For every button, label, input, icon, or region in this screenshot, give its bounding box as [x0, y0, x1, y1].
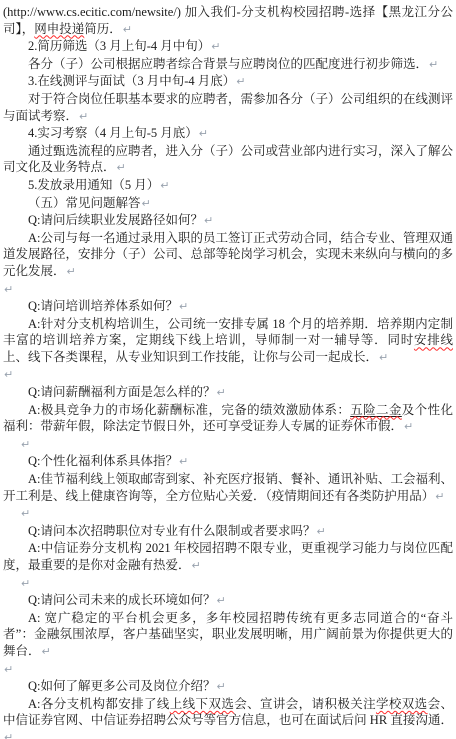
paragraph: A:公司与每一名通过录用入职的员工签订正式劳动合同，结合专业、管理双通道发展路径…	[3, 230, 453, 281]
text-run: 会、宣讲会，请积极关注	[234, 697, 376, 711]
paragraph: A:各分支机构都安排了线上线下双选会、宣讲会，请积极关注学校双选会、中信证券官网…	[3, 696, 453, 739]
paragraph-mark-icon: ↵	[21, 507, 30, 520]
paragraph: A:中信证券分支机构 2021 年校园招聘不限专业，更重视学习能力与岗位匹配度，…	[3, 540, 453, 574]
document-page: (http://www.cs.ecitic.com/newsite/) 加入我们…	[3, 4, 453, 739]
misspelled-text: 网申投递	[34, 22, 84, 36]
paragraph: （五）常见问题解答↵	[3, 195, 453, 213]
paragraph-mark-icon: ↵	[4, 731, 13, 739]
empty-paragraph: ↵	[3, 436, 453, 454]
paragraph-mark-icon: ↵	[21, 438, 30, 451]
text-run: A:佳节福利线上领取邮寄到家、补充医疗报销、餐补、通讯补贴、工会福利、开工利是、…	[3, 472, 453, 503]
text-run: Q:请问培训培养体系如何？	[28, 299, 178, 313]
paragraph: A: 宽广稳定的平台机会更多，多年校园招聘传统有更多志同道合的“奋斗者”：金融氛…	[3, 610, 453, 661]
paragraph-mark-icon: ↵	[4, 283, 13, 296]
paragraph-mark-icon: ↵	[435, 490, 444, 503]
paragraph: A:佳节福利线上领取邮寄到家、补充医疗报销、餐补、通讯补贴、工会福利、开工利是、…	[3, 471, 453, 505]
paragraph-mark-icon: ↵	[199, 127, 208, 140]
text-run: Q:请问公司未来的成长环境如何？	[28, 593, 216, 607]
paragraph-mark-icon: ↵	[123, 23, 132, 36]
paragraph-mark-icon: ↵	[179, 455, 188, 468]
underlined-misspelled-text: 五险二金	[350, 403, 402, 417]
paragraph: A:极具竞争力的市场化薪酬标准，完备的绩效激励体系：五险二金及个性化福利：带薪年…	[3, 402, 453, 436]
paragraph: Q:个性化福利体系具体指？↵	[3, 453, 453, 471]
paragraph-mark-icon: ↵	[142, 197, 151, 210]
text-run: Q:请问薪酬福利方面是怎么样的？	[28, 385, 216, 399]
paragraph: 对于符合岗位任职基本要求的应聘者，需参加各分（子）公司组织的在线测评与面试考察．…	[3, 91, 453, 125]
empty-paragraph: ↵	[3, 281, 453, 299]
paragraph-mark-icon: ↵	[217, 594, 226, 607]
paragraph-mark-icon: ↵	[79, 110, 88, 123]
text-run: 各分（子）公司根据应聘者综合背景与应聘岗位的匹配度进行初步筛选．	[28, 57, 428, 71]
text-run: Q:个性化福利体系具体指？	[28, 454, 178, 468]
text-run: 2.简历筛选（3 月上旬-4 月中旬）	[28, 39, 210, 53]
paragraph: Q:请问后续职业发展路径如何？↵	[3, 212, 453, 230]
empty-paragraph: ↵	[3, 575, 453, 593]
paragraph-mark-icon: ↵	[67, 265, 76, 278]
paragraph: Q:请问本次招聘职位对专业有什么限制或者要求吗？↵	[3, 523, 453, 541]
paragraph-mark-icon: ↵	[217, 680, 226, 693]
text-run: A:各分支机构都安排了线	[28, 697, 170, 711]
paragraph-mark-icon: ↵	[236, 75, 245, 88]
paragraph: 各分（子）公司根据应聘者综合背景与应聘岗位的匹配度进行初步筛选．↵	[3, 56, 453, 74]
paragraph: 5.发放录用通知（5 月）↵	[3, 177, 453, 195]
empty-paragraph: ↵	[3, 661, 453, 679]
paragraph-mark-icon: ↵	[4, 368, 13, 381]
paragraph-mark-icon: ↵	[429, 58, 438, 71]
text-run: A: 宽广稳定的平台机会更多，多年校园招聘传统有更多志同道合的“奋斗者”：金融氛…	[3, 611, 453, 658]
text-run: A:中信证券分支机构 2021 年校园招聘不限专业，更重视学习能力与岗位匹配度，…	[3, 541, 453, 572]
paragraph: Q:请问培训培养体系如何？↵	[3, 298, 453, 316]
paragraph: 4.实习考察（4 月上旬-5 月底）↵	[3, 125, 453, 143]
text-run: （五）常见问题解答	[28, 196, 141, 210]
text-run: Q:请问本次招聘职位对专业有什么限制或者要求吗？	[28, 524, 316, 538]
text-run: 4.实习考察（4 月上旬-5 月底）	[28, 126, 198, 140]
text-run: 简历．	[84, 22, 122, 36]
text-run: Q:请问后续职业发展路径如何？	[28, 213, 203, 227]
paragraph: Q:请问公司未来的成长环境如何？↵	[3, 592, 453, 610]
paragraph-mark-icon: ↵	[192, 559, 201, 572]
text-run: 3.在线测评与面试（3 月中旬-4 月底）	[28, 74, 235, 88]
text-run: A:极具竞争力的市场化薪酬标准，完备的绩效激励体系：	[28, 403, 350, 417]
empty-paragraph: ↵	[3, 505, 453, 523]
paragraph-mark-icon: ↵	[204, 214, 213, 227]
text-run: 上、线下各类课程，从专业知识到工作技能，让你与公司一起成长．	[3, 350, 378, 364]
paragraph: 2.简历筛选（3 月上旬-4 月中旬）↵	[3, 38, 453, 56]
paragraph-mark-icon: ↵	[160, 179, 169, 192]
empty-paragraph: ↵	[3, 366, 453, 384]
paragraph: 3.在线测评与面试（3 月中旬-4 月底）↵	[3, 73, 453, 91]
paragraph: Q:如何了解更多公司及岗位介绍？↵	[3, 678, 453, 696]
text-run: 通过甄选流程的应聘者，进入分（子）公司或营业部内进行实习，深入了解公司文化及业务…	[3, 144, 453, 175]
text-run: Q:如何了解更多公司及岗位介绍？	[28, 679, 216, 693]
text-run: 对于符合岗位任职基本要求的应聘者，需参加各分（子）公司组织的在线测评与面试考察．	[3, 92, 453, 123]
text-run: A:针对分支机构培训生，公司统一安排专属 18 个月的培养期．培养期内定制丰富的…	[3, 317, 453, 348]
paragraph: Q:请问薪酬福利方面是怎么样的？↵	[3, 384, 453, 402]
paragraph-mark-icon: ↵	[379, 351, 388, 364]
misspelled-text: 安排线	[414, 333, 453, 347]
text-run: 5.发放录用通知（5 月）	[28, 178, 159, 192]
misspelled-text: 上线下双选	[170, 697, 234, 711]
paragraph: 通过甄选流程的应聘者，进入分（子）公司或营业部内进行实习，深入了解公司文化及业务…	[3, 143, 453, 177]
paragraph: A:针对分支机构培训生，公司统一安排专属 18 个月的培养期．培养期内定制丰富的…	[3, 316, 453, 367]
paragraph-mark-icon: ↵	[211, 40, 220, 53]
paragraph-mark-icon: ↵	[21, 577, 30, 590]
misspelled-text: 学校双选	[376, 697, 428, 711]
paragraph-mark-icon: ↵	[117, 161, 126, 174]
paragraph-mark-icon: ↵	[42, 645, 51, 658]
paragraph-mark-icon: ↵	[179, 300, 188, 313]
paragraph-mark-icon: ↵	[317, 525, 326, 538]
spellcheck-wavy-underline: 五险二金	[350, 403, 402, 417]
paragraph-mark-icon: ↵	[4, 663, 13, 676]
paragraph: (http://www.cs.ecitic.com/newsite/) 加入我们…	[3, 4, 453, 38]
paragraph-mark-icon: ↵	[404, 420, 413, 433]
paragraph-mark-icon: ↵	[217, 386, 226, 399]
